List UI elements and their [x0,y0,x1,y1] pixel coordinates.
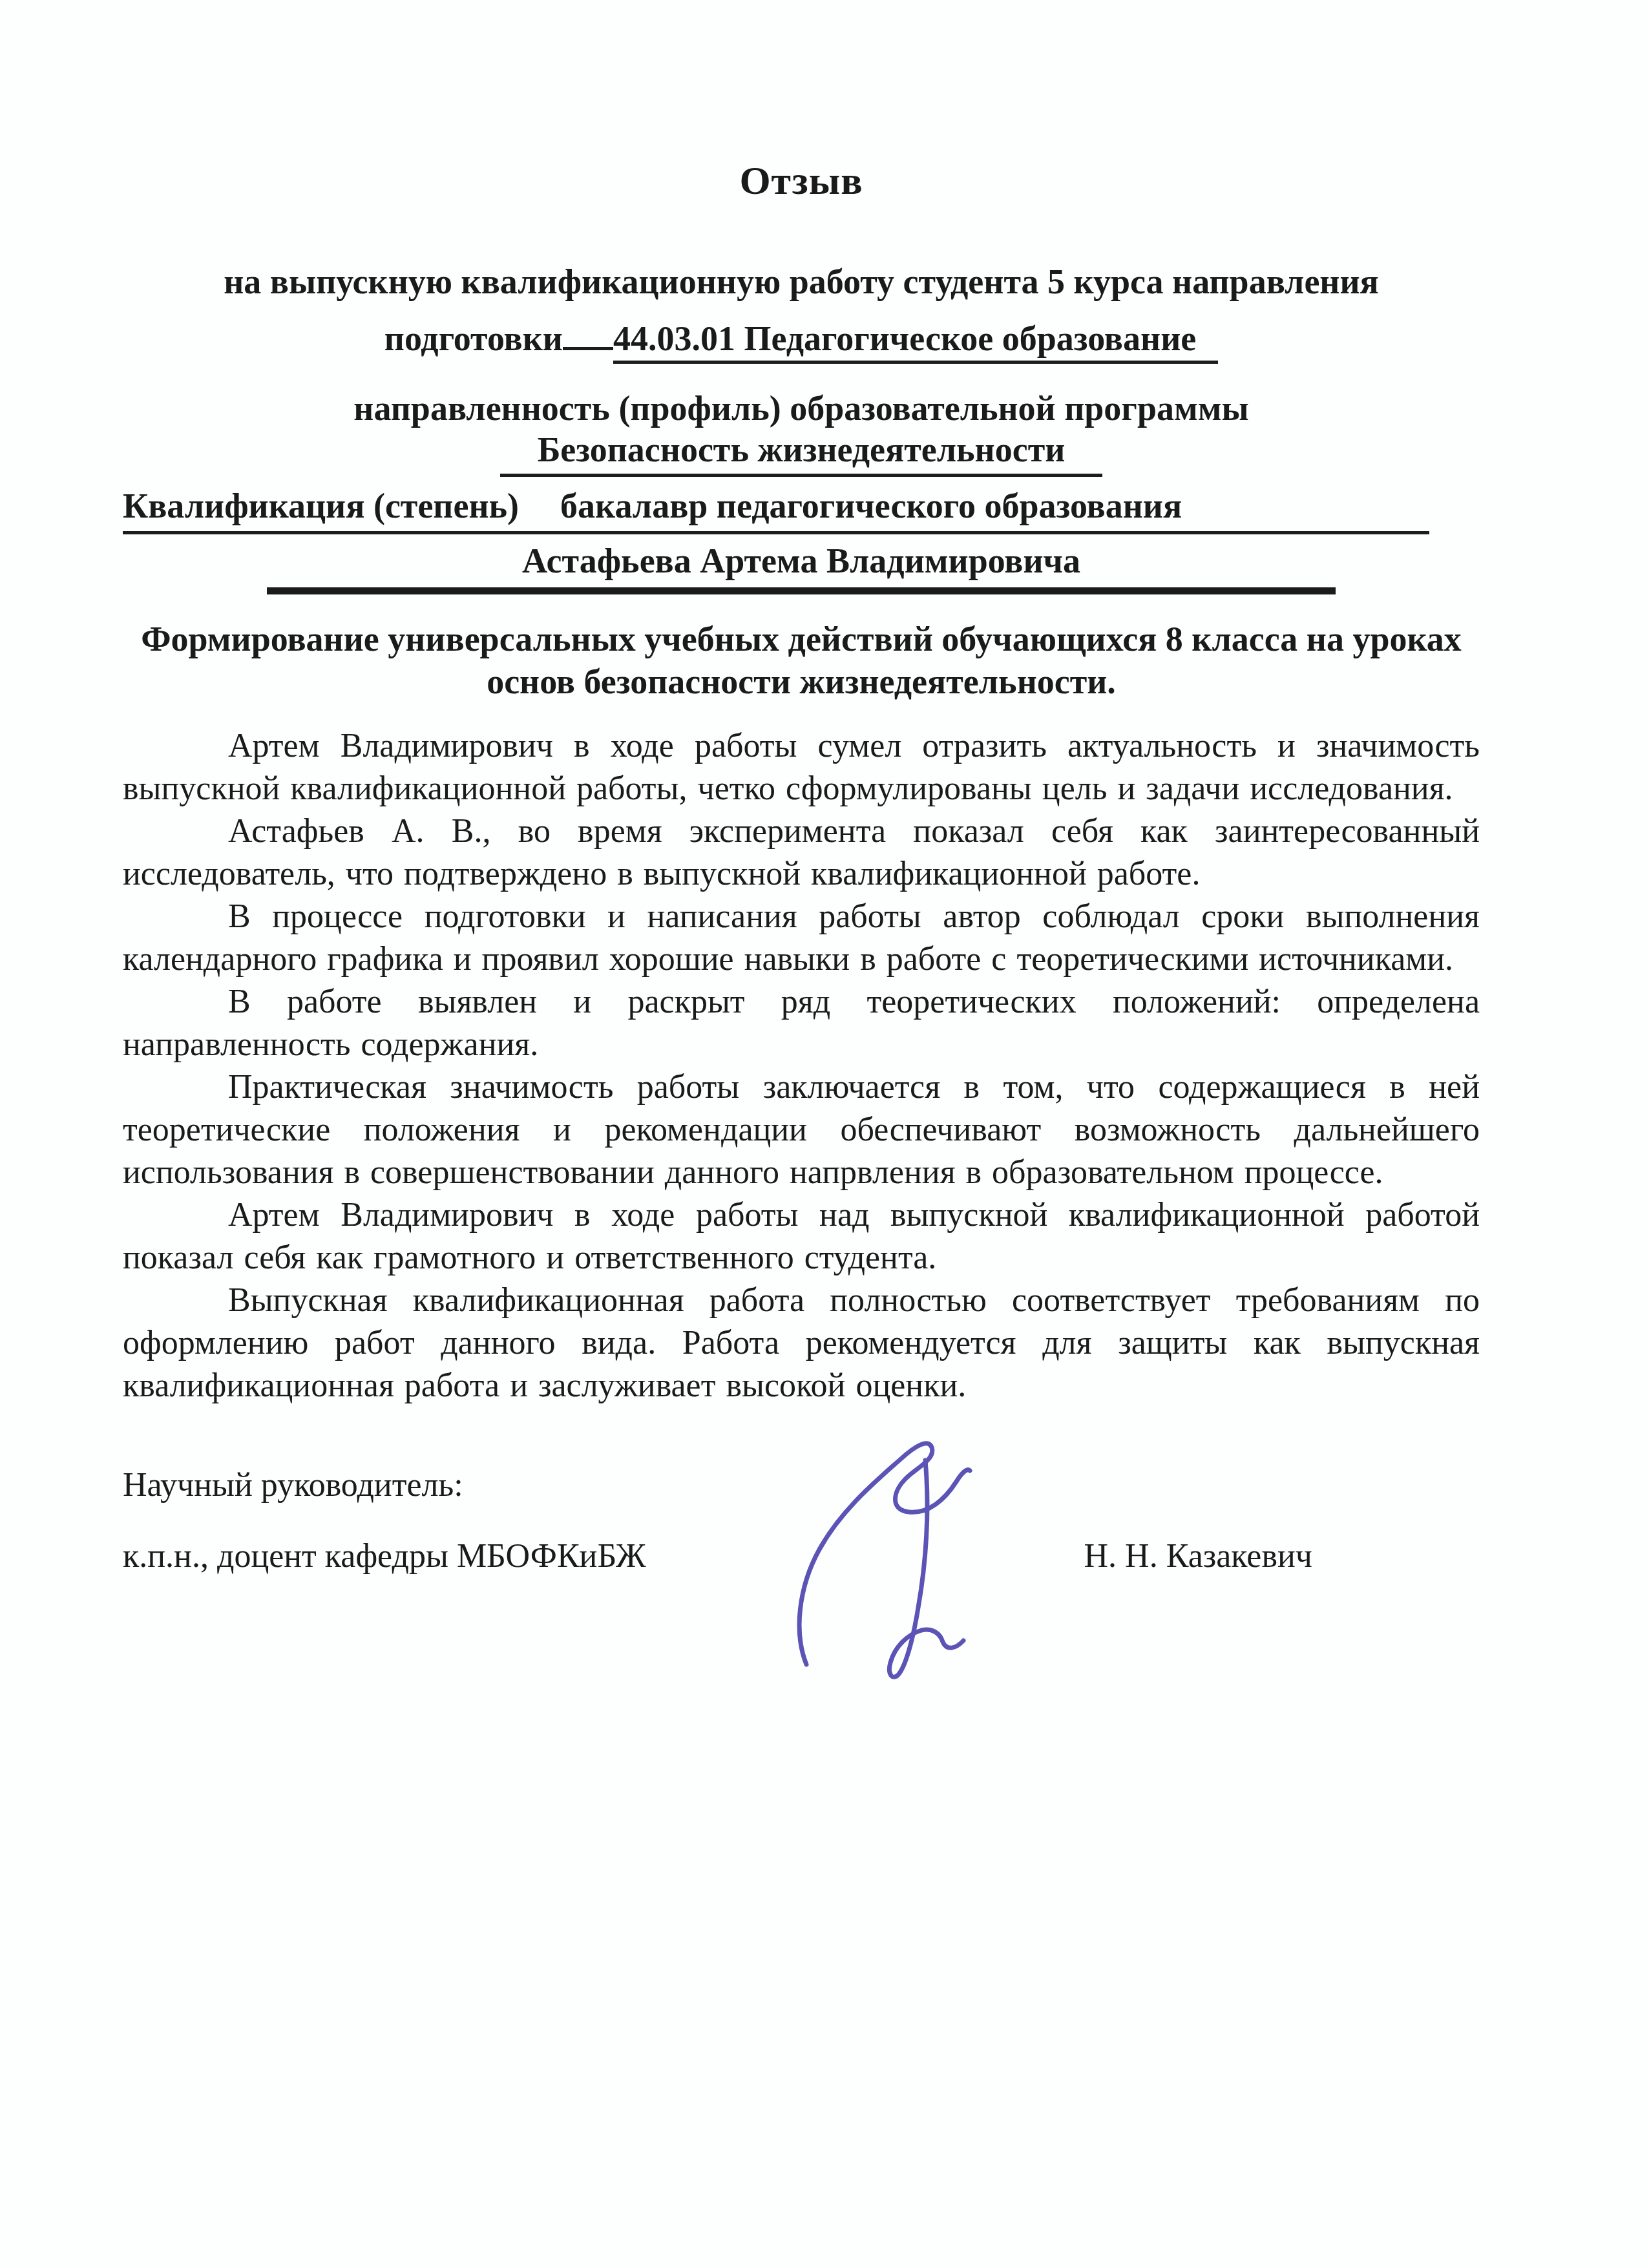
thesis-title: Формирование универсальных учебных дейст… [123,618,1480,703]
header-line-program: подготовки44.03.01 Педагогическое образо… [123,319,1480,359]
student-name: Астафьева Артема Владимировича [267,541,1336,594]
program-code-value: 44.03.01 Педагогическое образование [613,319,1218,364]
profile-caption: направленность (профиль) образовательной… [123,388,1480,428]
body-paragraph-4: В работе выявлен и раскрыт ряд теоретиче… [123,981,1480,1066]
document-page: Отзыв на выпускную квалификационную рабо… [0,0,1649,2268]
qualification-line: Квалификация (степень)бакалавр педагогич… [123,486,1429,534]
header-line-direction: на выпускную квалификационную работу сту… [123,262,1480,302]
body-paragraph-6: Артем Владимирович в ходе работы над вып… [123,1194,1480,1279]
signature-ink-icon [756,1427,1002,1685]
body-paragraph-7: Выпускная квалификационная работа полнос… [123,1279,1480,1407]
body-paragraph-5: Практическая значимость работы заключает… [123,1066,1480,1194]
program-label: подготовки [384,319,563,358]
qualification-value: бакалавр педагогического образования [560,487,1182,525]
profile-value: Безопасность жизнедеятельности [500,430,1103,477]
profile-line: Безопасность жизнедеятельности [123,430,1480,477]
supervisor-position: к.п.н., доцент кафедры МБОФКиБЖ [123,1538,646,1575]
student-name-line: Астафьева Артема Владимировича [123,541,1480,594]
body-paragraph-1: Артем Владимирович в ходе работы сумел о… [123,725,1480,810]
signature-row: к.п.н., доцент кафедры МБОФКиБЖ Н. Н. Ка… [123,1538,1480,1685]
body-paragraph-3: В процессе подготовки и написания работы… [123,896,1480,981]
page-title: Отзыв [123,158,1480,204]
blank-underline [563,347,613,350]
qualification-label: Квалификация (степень) [123,487,519,525]
supervisor-name: Н. Н. Казакевич [1084,1538,1312,1575]
body-paragraph-2: Астафьев А. В., во время эксперимента по… [123,810,1480,896]
